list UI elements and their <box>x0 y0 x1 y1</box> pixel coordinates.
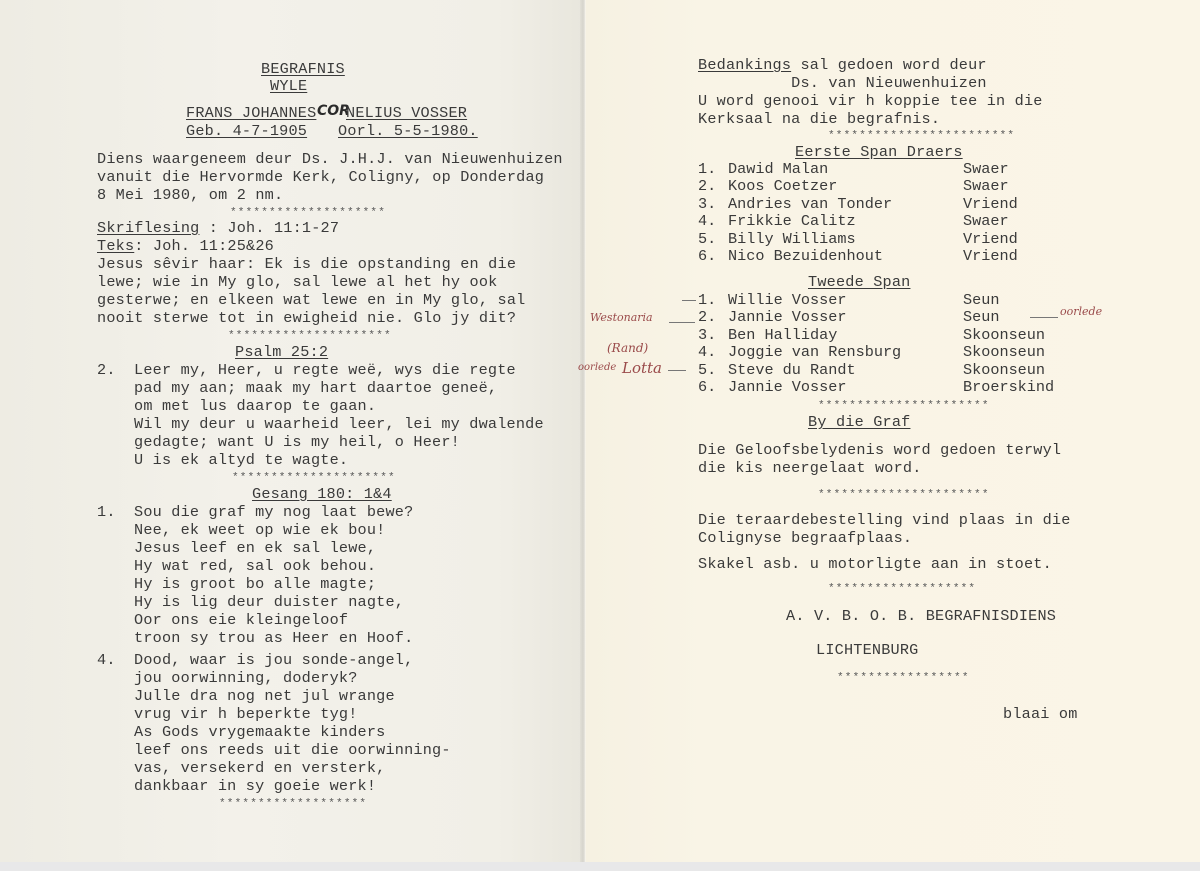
bearer-number: 6. <box>698 378 716 396</box>
turn-over-note: blaai om <box>1003 705 1078 723</box>
hymn-v1-line-7: Oor ons eie kleingeloof <box>134 611 348 629</box>
hymn-v1-line-3: Jesus leef en ek sal lewe, <box>134 539 376 557</box>
bearer-relation: Seun <box>963 308 999 326</box>
deceased-name-part1: FRANS JOHANNES <box>186 104 316 122</box>
bearer-number: 3. <box>698 195 716 213</box>
hymn-v1-line-6: Hy is lig deur duister nagte, <box>134 593 404 611</box>
hymn-verse1-number: 1. <box>97 503 116 521</box>
hymn-v4-line-7: vas, versekerd en versterk, <box>134 759 385 777</box>
bearer-name: Steve du Randt <box>728 361 856 379</box>
burial-line-1: Die teraardebestelling vind plaas in die <box>698 511 1071 529</box>
handwritten-dash <box>1030 317 1058 318</box>
hymn-v4-line-4: vrug vir h beperkte tyg! <box>134 705 358 723</box>
scripture-reading: Skriflesing : Joh. 11:1-27 <box>97 219 339 237</box>
text-value: : Joh. 11:25&26 <box>134 237 274 255</box>
bearer-name: Billy Williams <box>728 230 856 248</box>
handwritten-oorlede-left: oorlede <box>578 362 616 373</box>
bearer-relation: Skoonseun <box>963 361 1045 379</box>
psalm-line-3: om met lus daarop te gaan. <box>134 397 376 415</box>
scripture-label: Skriflesing <box>97 219 199 237</box>
text-label: Teks <box>97 237 134 255</box>
hymn-v1-line-4: Hy wat red, sal ook behou. <box>134 557 376 575</box>
first-team-heading: Eerste Span Draers <box>795 143 963 161</box>
thanks-text: sal gedoen word deur <box>791 56 987 74</box>
bearer-name: Jannie Vosser <box>728 308 846 326</box>
thanks-line-3: U word genooi vir h koppie tee in die <box>698 92 1043 110</box>
text-line-3: gesterwe; en elkeen wat lewe en in My gl… <box>97 291 525 309</box>
bearer-name: Dawid Malan <box>728 160 828 178</box>
bearer-number: 5. <box>698 230 716 248</box>
bearer-number: 1. <box>698 160 716 178</box>
bearer-relation: Skoonseun <box>963 326 1045 344</box>
hymn-v1-line-1: Sou die graf my nog laat bewe? <box>134 503 413 521</box>
hymn-verse4-number: 4. <box>97 651 116 669</box>
page-fold <box>580 0 586 862</box>
thanks-line-4: Kerksaal na die begrafnis. <box>698 110 940 128</box>
hymn-v4-line-2: jou oorwinning, doderyk? <box>134 669 358 687</box>
document-subtitle: WYLE <box>270 77 307 95</box>
thanks-line-1: Bedankings sal gedoen word deur <box>698 56 987 74</box>
bearer-relation: Skoonseun <box>963 343 1045 361</box>
bearer-name: Andries van Tonder <box>728 195 892 213</box>
bearer-name: Koos Coetzer <box>728 177 837 195</box>
bearer-number: 2. <box>698 177 716 195</box>
bearer-name: Joggie van Rensburg <box>728 343 901 361</box>
graveside-line-1: Die Geloofsbelydenis word gedoen terwyl <box>698 441 1061 459</box>
service-line-1: Diens waargeneem deur Ds. J.H.J. van Nie… <box>97 150 563 168</box>
separator: ******************* <box>828 580 976 598</box>
bearer-number: 5. <box>698 361 716 379</box>
bearer-number: 4. <box>698 343 716 361</box>
death-date: Oorl. 5-5-1980. <box>338 122 478 140</box>
headlights-line: Skakel asb. u motorligte aan in stoet. <box>698 555 1052 573</box>
bearer-name: Frikkie Calitz <box>728 212 856 230</box>
bearer-name: Ben Halliday <box>728 326 837 344</box>
psalm-line-1: Leer my, Heer, u regte weë, wys die regt… <box>134 361 516 379</box>
psalm-line-6: U is ek altyd te wagte. <box>134 451 348 469</box>
document-title: BEGRAFNIS <box>261 60 345 78</box>
psalm-line-4: Wil my deur u waarheid leer, lei my dwal… <box>134 415 544 433</box>
bearer-number: 6. <box>698 247 716 265</box>
bearer-number: 1. <box>698 291 716 309</box>
psalm-heading: Psalm 25:2 <box>235 343 328 361</box>
text-line-4: nooit sterwe tot in ewigheid nie. Glo jy… <box>97 309 516 327</box>
bearer-relation: Seun <box>963 291 999 309</box>
separator: ********************** <box>818 486 990 504</box>
bearer-name: Willie Vosser <box>728 291 846 309</box>
handwritten-westonaria: Westonaria <box>590 311 653 324</box>
sermon-text: Teks: Joh. 11:25&26 <box>97 237 274 255</box>
handwritten-dash <box>668 370 686 371</box>
hymn-v1-line-8: troon sy trou as Heer en Hoof. <box>134 629 413 647</box>
bearer-number: 3. <box>698 326 716 344</box>
scan-bottom-margin <box>0 862 1200 871</box>
scripture-value: : Joh. 11:1-27 <box>199 219 339 237</box>
bearer-name: Nico Bezuidenhout <box>728 247 883 265</box>
graveside-heading: By die Graf <box>808 413 910 431</box>
bearer-relation: Swaer <box>963 160 1009 178</box>
handwritten-arrow <box>669 322 695 323</box>
undertaker-name: A. V. B. O. B. BEGRAFNISDIENS <box>786 607 1056 625</box>
bearer-relation: Vriend <box>963 230 1018 248</box>
text-line-2: lewe; wie in My glo, sal lewe al het hy … <box>97 273 498 291</box>
undertaker-town: LICHTENBURG <box>816 641 918 659</box>
bearer-number: 4. <box>698 212 716 230</box>
bearer-relation: Vriend <box>963 195 1018 213</box>
separator: ******************* <box>219 795 367 813</box>
psalm-verse-number: 2. <box>97 361 116 379</box>
separator: ***************** <box>837 669 970 687</box>
bearer-relation: Broerskind <box>963 378 1054 396</box>
handwritten-oorlede-right: oorlede <box>1060 305 1102 318</box>
hymn-v1-line-2: Nee, ek weet op wie ek bou! <box>134 521 385 539</box>
hymn-v4-line-1: Dood, waar is jou sonde-angel, <box>134 651 413 669</box>
birth-date: Geb. 4-7-1905 <box>186 122 307 140</box>
burial-line-2: Colignyse begraafplaas. <box>698 529 912 547</box>
hymn-v1-line-5: Hy is groot bo alle magte; <box>134 575 376 593</box>
hymn-v4-line-3: Julle dra nog net jul wrange <box>134 687 395 705</box>
graveside-line-2: die kis neergelaat word. <box>698 459 922 477</box>
service-line-2: vanuit die Hervormde Kerk, Coligny, op D… <box>97 168 544 186</box>
hymn-heading: Gesang 180: 1&4 <box>252 485 392 503</box>
bearer-relation: Swaer <box>963 177 1009 195</box>
bearer-name: Jannie Vosser <box>728 378 846 396</box>
deceased-name-part2: NELIUS VOSSER <box>346 104 467 122</box>
psalm-line-2: pad my aan; maak my hart daartoe geneë, <box>134 379 497 397</box>
second-team-heading: Tweede Span <box>808 273 910 291</box>
service-line-3: 8 Mei 1980, om 2 nm. <box>97 186 283 204</box>
bearer-relation: Vriend <box>963 247 1018 265</box>
psalm-line-5: gedagte; want U is my heil, o Heer! <box>134 433 460 451</box>
text-line-1: Jesus sêvir haar: Ek is die opstanding e… <box>97 255 516 273</box>
handwritten-lotta: Lotta <box>622 359 662 377</box>
thanks-line-2: Ds. van Nieuwenhuizen <box>698 74 987 92</box>
hymn-v4-line-6: leef ons reeds uit die oorwinning- <box>134 741 451 759</box>
bearer-number: 2. <box>698 308 716 326</box>
handwritten-rand: (Rand) <box>607 341 648 355</box>
thanks-label: Bedankings <box>698 56 791 74</box>
bearer-relation: Swaer <box>963 212 1009 230</box>
hymn-v4-line-8: dankbaar in sy goeie werk! <box>134 777 376 795</box>
handwritten-dash <box>682 300 696 301</box>
hymn-v4-line-5: As Gods vrygemaakte kinders <box>134 723 385 741</box>
